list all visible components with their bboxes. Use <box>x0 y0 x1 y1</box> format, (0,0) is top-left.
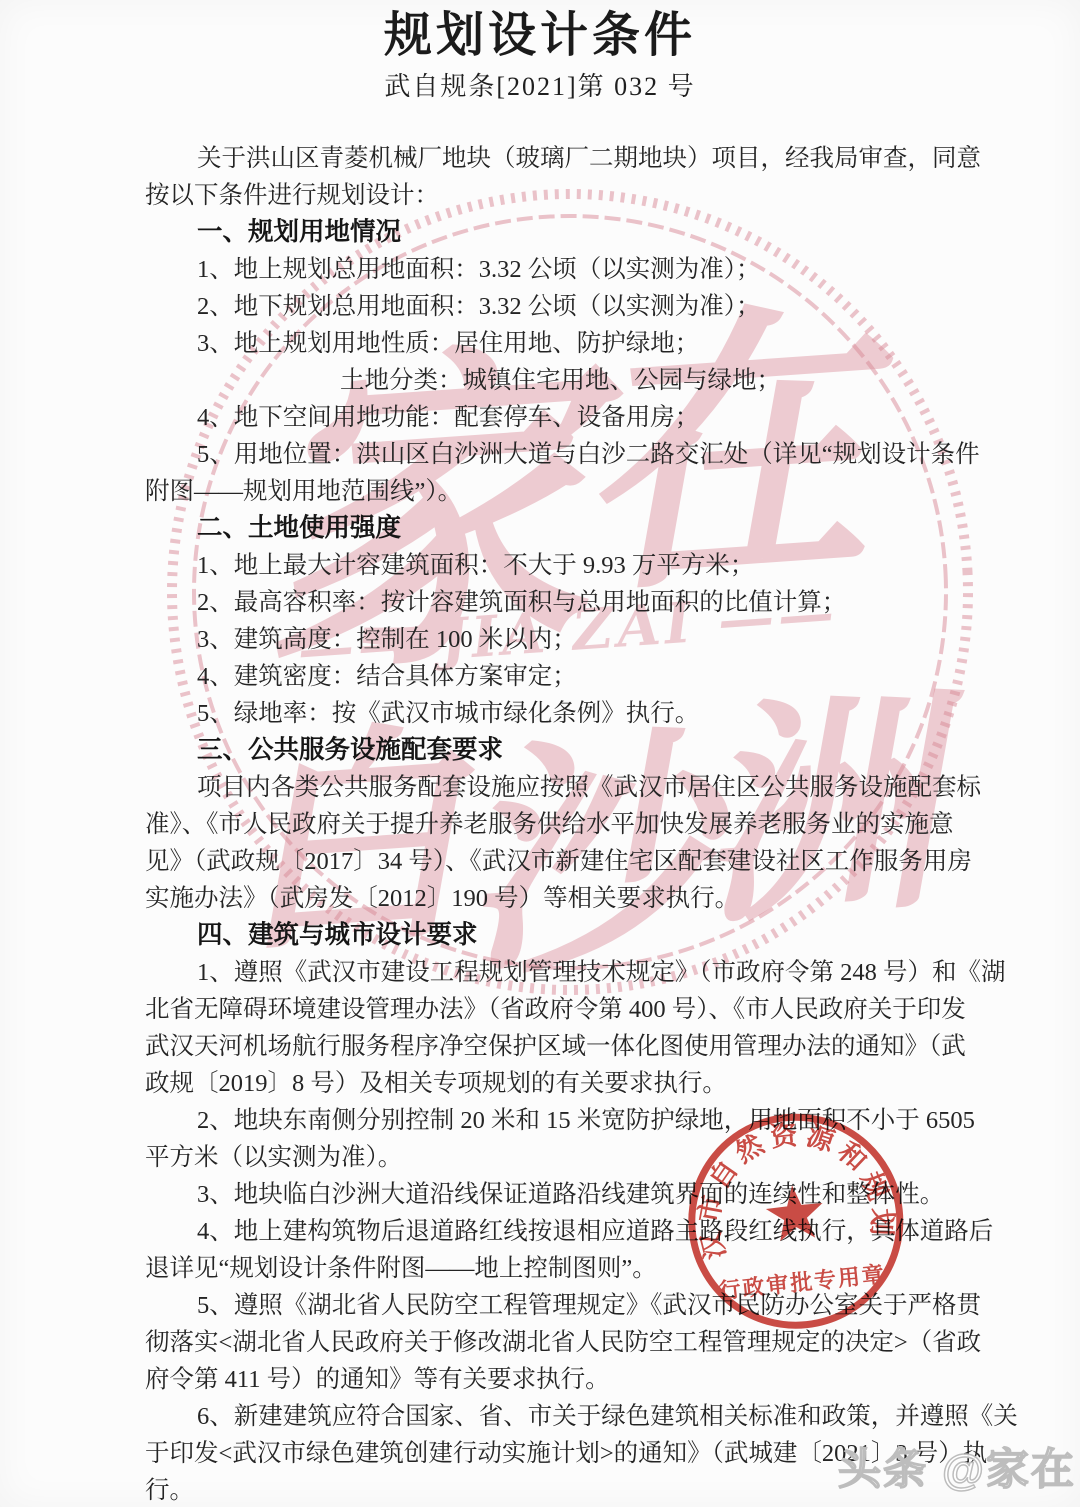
doc-line: 三、公共服务设施配套要求 <box>145 732 1080 769</box>
doc-line: 附图——规划用地范围线”）。 <box>145 473 1080 510</box>
page-title: 规划设计条件 <box>0 0 1080 64</box>
scanned-document-page: 家 在 —— JIA ZAI —— 白 沙 洲 规划设计条件 武自规条[2021… <box>0 0 1080 1507</box>
doc-line: 武汉天河机场航行服务程序净空保护区域一体化图使用管理办法的通知》（武 <box>145 1028 1080 1065</box>
doc-line: 5、用地位置：洪山区白沙洲大道与白沙二路交汇处（详见“规划设计条件 <box>145 436 1080 473</box>
doc-line: 按以下条件进行规划设计： <box>145 177 1080 214</box>
document-body: 关于洪山区青菱机械厂地块（玻璃厂二期地块）项目，经我局审查，同意按以下条件进行规… <box>0 140 1080 1507</box>
doc-line: 一、规划用地情况 <box>145 214 1080 251</box>
doc-line: 3、建筑高度：控制在 100 米以内； <box>145 621 1080 658</box>
doc-line: 4、建筑密度：结合具体方案审定； <box>145 658 1080 695</box>
doc-line: 5、绿地率：按《武汉市城市绿化条例》执行。 <box>145 695 1080 732</box>
doc-line: 实施办法》（武房发〔2012〕190 号）等相关要求执行。 <box>145 880 1080 917</box>
doc-line: 见》（武政规〔2017〕34 号）、《武汉市新建住宅区配套建设社区工作服务用房 <box>145 843 1080 880</box>
doc-line: 于印发<武汉市绿色建筑创建行动实施计划>的通知》（武城建〔2021〕3 号）执 <box>145 1435 1080 1472</box>
doc-line: 退详见“规划设计条件附图——地上控制图则”。 <box>145 1250 1080 1287</box>
doc-line: 二、土地使用强度 <box>145 510 1080 547</box>
doc-line: 2、地下规划总用地面积：3.32 公顷（以实测为准）； <box>145 288 1080 325</box>
doc-line: 4、地下空间用地功能：配套停车、设备用房； <box>145 399 1080 436</box>
doc-line: 5、遵照《湖北省人民防空工程管理规定》《武汉市民防办公室关于严格贯 <box>145 1287 1080 1324</box>
doc-line: 1、地上规划总用地面积：3.32 公顷（以实测为准）； <box>145 251 1080 288</box>
doc-line: 府令第 411 号）的通知》等有关要求执行。 <box>145 1361 1080 1398</box>
doc-line: 1、地上最大计容建筑面积：不大于 9.93 万平方米； <box>145 547 1080 584</box>
doc-line: 土地分类：城镇住宅用地、公园与绿地； <box>145 362 1080 399</box>
doc-line: 6、新建建筑应符合国家、省、市关于绿色建筑相关标准和政策，并遵照《关 <box>145 1398 1080 1435</box>
doc-line: 北省无障碍环境建设管理办法》（省政府令第 400 号）、《市人民政府关于印发 <box>145 991 1080 1028</box>
doc-line: 四、建筑与城市设计要求 <box>145 917 1080 954</box>
doc-line: 3、地块临白沙洲大道沿线保证道路沿线建筑界面的连续性和整体性。 <box>145 1176 1080 1213</box>
doc-line: 行。 <box>145 1472 1080 1507</box>
doc-line: 彻落实<湖北省人民政府关于修改湖北省人民防空工程管理规定的决定>（省政 <box>145 1324 1080 1361</box>
doc-line: 1、遵照《武汉市建设工程规划管理技术规定》（市政府令第 248 号）和《湖 <box>145 954 1080 991</box>
doc-line: 4、地上建构筑物后退道路红线按退相应道路主路段红线执行，具体道路后 <box>145 1213 1080 1250</box>
doc-line: 项目内各类公共服务配套设施应按照《武汉市居住区公共服务设施配套标 <box>145 769 1080 806</box>
doc-line: 准》、《市人民政府关于提升养老服务供给水平加快发展养老服务业的实施意 <box>145 806 1080 843</box>
doc-line: 关于洪山区青菱机械厂地块（玻璃厂二期地块）项目，经我局审查，同意 <box>145 140 1080 177</box>
doc-line: 平方米（以实测为准）。 <box>145 1139 1080 1176</box>
doc-line: 3、地上规划用地性质：居住用地、防护绿地； <box>145 325 1080 362</box>
doc-line: 2、最高容积率：按计容建筑面积与总用地面积的比值计算； <box>145 584 1080 621</box>
doc-number: 武自规条[2021]第 032 号 <box>0 70 1080 104</box>
doc-line: 2、地块东南侧分别控制 20 米和 15 米宽防护绿地，用地面积不小于 6505 <box>145 1102 1080 1139</box>
doc-line: 政规〔2019〕8 号）及相关专项规划的有关要求执行。 <box>145 1065 1080 1102</box>
